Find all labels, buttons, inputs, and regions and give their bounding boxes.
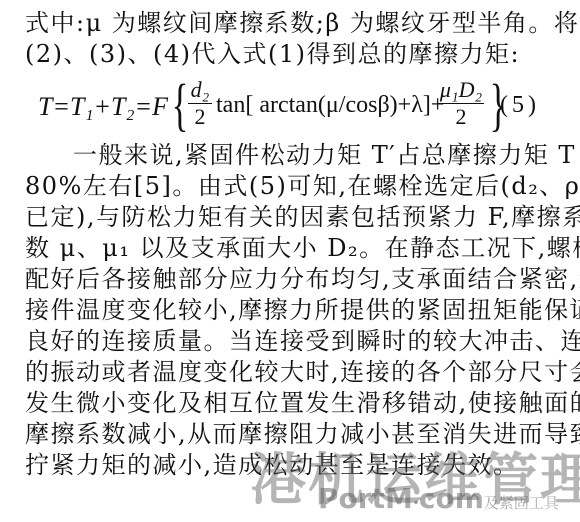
- text-line-2: (2)、(3)、(4)代入式(1)得到总的摩擦力矩:: [25, 39, 520, 69]
- text-line-6: 数 μ、μ₁ 以及支承面大小 D₂。在静态工况下,螺栓装: [25, 233, 580, 263]
- text-line-9: 良好的连接质量。当连接受到瞬时的较大冲击、连续: [25, 326, 580, 356]
- fraction-d2-over-2: d₂ 2: [188, 78, 212, 129]
- text-line-4: 80%左右[5]。由式(5)可知,在螺栓选定后(d₂、ρ、λ: [25, 171, 580, 201]
- formula-middle: tan[ arctan(μ/cosβ)+λ]+: [216, 92, 444, 119]
- fraction-mu1d2-over-2: μ₁D₂ 2: [438, 78, 484, 129]
- text-line-11: 发生微小变化及相互位置发生滑移错动,使接触面的: [25, 388, 580, 418]
- text-line-8: 接件温度变化较小,摩擦力所提供的紧固扭矩能保证: [25, 295, 580, 325]
- text-line-1: 式中:μ 为螺纹间摩擦系数;β 为螺纹牙型半角。将式: [25, 8, 580, 38]
- text-line-3: 一般来说,紧固件松动力矩 T′占总摩擦力矩 T 的: [73, 140, 580, 170]
- text-line-5: 已定),与防松力矩有关的因素包括预紧力 F,摩擦系: [25, 202, 580, 232]
- watermark-brand: PortM·com及紧固工具: [318, 482, 559, 515]
- equation-number: (5): [500, 92, 540, 119]
- left-brace: {: [172, 76, 189, 134]
- text-line-7: 配好后各接触部分应力分布均匀,支承面结合紧密,连: [25, 264, 580, 294]
- formula-lhs: T=T₁+T₂=F: [38, 92, 168, 122]
- text-line-10: 的振动或者温度变化较大时,连接的各个部分尺寸会: [25, 357, 580, 387]
